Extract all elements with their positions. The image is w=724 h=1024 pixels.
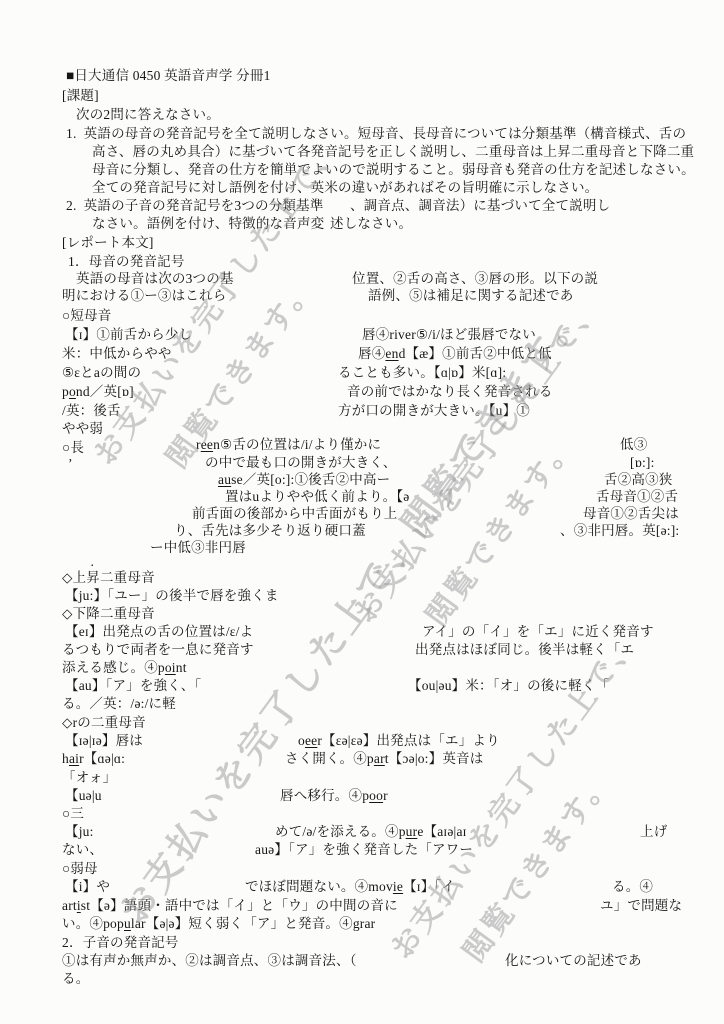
text: 【ɪ】「イ — [403, 879, 455, 894]
underlined-text: ie — [393, 879, 403, 894]
doc-line: ○短母音 — [62, 308, 111, 324]
doc-line: 唇④river⑤/i/ほど張唇でない — [362, 327, 536, 343]
doc-line: 次の2問に答えなさい。 — [76, 107, 220, 123]
doc-line: 「オォ」 — [62, 770, 116, 786]
text: h — [62, 751, 69, 766]
text: さく開く。④p — [285, 751, 374, 766]
text: nd／英[ɒ] — [76, 384, 134, 399]
text: r【ɛə|ɛə】出発点は「エ」より — [317, 733, 499, 748]
underlined-text: ee — [201, 437, 213, 452]
doc-line: 【ɪə|ɪə】唇は — [65, 733, 143, 749]
doc-line: [レポート本文] — [62, 235, 154, 251]
doc-line: り、舌先は多少そり返り硬口蓋 — [174, 523, 366, 539]
doc-line: 上げ — [640, 824, 667, 840]
doc-line: auə】「ア」を強く発音した「アワー — [255, 842, 473, 858]
doc-line: ○長 — [62, 440, 84, 456]
doc-line: 2. 英語の子音の発音記号を3つの分類基準 — [66, 198, 324, 214]
text: p — [62, 384, 69, 399]
doc-line: ’ — [68, 456, 73, 472]
doc-line: 舌②高③狭 — [604, 472, 673, 488]
doc-line: ユ」で問題な — [600, 898, 682, 914]
doc-line: hair【ɑə|ɑ: — [62, 751, 125, 767]
doc-line: ◇下降二重母音 — [62, 606, 155, 622]
doc-line: ause／英[o:]:①後舌②中高ー — [218, 472, 390, 488]
watermark-line1: お支払いを完了した上で、 — [385, 626, 644, 965]
doc-line: reen⑤舌の位置は/i/より僅かに — [196, 437, 381, 453]
text: o — [298, 733, 305, 748]
text: e【aɪə|aɪ — [417, 824, 466, 839]
doc-line: 前舌面の後部から中舌面がもり上 — [192, 506, 398, 522]
doc-line: 化についての記述であ — [505, 953, 642, 969]
doc-line: 出発点はほぼ同じ。後半は軽く「エ — [415, 642, 634, 658]
doc-line: [ɒ:]: — [630, 455, 655, 471]
doc-line: 【i】や — [65, 879, 110, 895]
underlined-text: ai — [69, 751, 79, 766]
doc-line: る。／英：/ə:/に軽 — [62, 696, 176, 712]
doc-line: アイ」の「イ」を「エ」に近く発音す — [422, 624, 654, 640]
underlined-text: u — [124, 916, 131, 931]
doc-line: 母音に分類し、発音の仕方を簡単でよいので説明すること。弱母音も発音の仕方を記述し… — [92, 162, 695, 178]
doc-line: 【ou|əu】米：「オ」の後に軽く「 — [408, 678, 609, 694]
doc-line: ない、 — [62, 842, 103, 858]
doc-line: 1．母音の発音記号 — [68, 254, 185, 270]
text: n⑤舌の位置は/i/より僅かに — [213, 437, 381, 452]
underlined-text: o — [69, 384, 76, 399]
doc-line: 唇④end【æ】①前舌②中低と低 — [358, 346, 552, 362]
text: r【ɑə|ɑ: — [79, 751, 125, 766]
doc-line: る。④ — [612, 879, 653, 895]
doc-line: 英語の母音は次の3つの基 — [76, 271, 234, 287]
doc-line: るつもりで両者を一息に発音す — [62, 642, 254, 658]
doc-line: 舌母音①②舌 — [596, 489, 678, 505]
text: い。④pop — [62, 916, 124, 931]
text: めて/ə/を添える。④p — [275, 824, 406, 839]
underlined-text: ur — [406, 824, 418, 839]
text: 添える感じ。④p — [62, 660, 165, 675]
text: se／英[o:]:①後舌②中高ー — [231, 472, 390, 487]
doc-line: い。④popular【ə|ə】短く弱く「ア」と発音。④grar — [62, 916, 375, 932]
doc-line: 明における①ー③はこれら — [62, 288, 226, 304]
doc-line: 1. 英語の母音の発音記号を全て説明しなさい。短母音、長母音については分類基準（… — [66, 126, 686, 142]
doc-line: 米：中低からやや — [62, 346, 172, 362]
doc-line: ○三 — [62, 806, 84, 822]
text: nt — [176, 660, 187, 675]
doc-line: oeer【ɛə|ɛə】出発点は「エ」より — [298, 733, 500, 749]
doc-line: 【eɪ】出発点の舌の位置は/ɛ/よ — [65, 624, 253, 640]
doc-line: 添える感じ。④point — [62, 660, 187, 676]
doc-line: 母音①②舌尖は — [583, 506, 679, 522]
doc-line: 全ての発音記号に対し語例を付け、英米の違いがあればその旨明確に示しなさい。 — [92, 180, 598, 196]
doc-line: めて/ə/を添える。④pure【aɪə|aɪ — [275, 824, 467, 840]
doc-line: る。 — [62, 971, 89, 987]
underlined-text: oi — [165, 660, 176, 675]
doc-line: artist【ə】語頭・語中では「イ」と「ウ」の中間の音に — [62, 898, 398, 914]
doc-line: 唇へ移行。④poor — [280, 788, 388, 804]
text: でほぼ問題ない。④mov — [245, 879, 393, 894]
doc-line: さく開く。④part【ɔə|o:】英音は — [285, 751, 483, 767]
doc-line: 位置、②舌の高さ、③唇の形。以下の説 — [352, 271, 598, 287]
doc-line: 音の前ではかなり長く発音される — [347, 384, 553, 400]
doc-line: ◇rの二重母音 — [62, 715, 146, 731]
underlined-text: au — [218, 472, 231, 487]
doc-line: ることも多い。【ɑ|ɒ】米[ɑ]: — [338, 365, 506, 381]
doc-line: 方が口の開きが大きい。【u】① — [338, 403, 530, 419]
doc-line: 【ɪ】①前舌から少し — [65, 327, 192, 343]
doc-line: 、③非円唇。英[ə:]: — [560, 523, 679, 539]
document-page: ■日大通信 0450 英語音声学 分冊1[課題]次の2問に答えなさい。1. 英語… — [0, 0, 724, 1024]
doc-line: やや弱 — [62, 421, 103, 437]
doc-line: 低③ — [620, 437, 647, 453]
doc-line: 【ju:】「ユー」の後半で唇を強くま — [65, 588, 279, 604]
text: 唇④ — [358, 346, 385, 361]
doc-line: /英：後舌 — [62, 403, 121, 419]
doc-line: なさい。語例を付け、特徴的な音声変 — [92, 216, 324, 232]
underlined-text: ee — [305, 733, 317, 748]
text: d【æ】①前舌②中低と低 — [399, 346, 552, 361]
doc-line: ○弱母 — [62, 861, 98, 877]
doc-line: 2．子音の発音記号 — [62, 935, 179, 951]
doc-line: の中で最も口の開きが大きく、 — [205, 455, 397, 471]
doc-line: 、調音点、調音法）に基づいて全て説明し — [350, 198, 610, 214]
doc-line: 述しなさい。 — [330, 216, 412, 232]
doc-line: ①は有声か無声か、②は調音点、③は調音法、（ — [62, 953, 357, 969]
doc-line: ■日大通信 0450 英語音声学 分冊1 — [66, 68, 271, 84]
text: art — [62, 898, 77, 913]
doc-line: ◇上昇二重母音 — [62, 570, 155, 586]
doc-line: でほぼ問題ない。④movie【ɪ】「イ — [245, 879, 455, 895]
text: lar【ə|ə】短く弱く「ア」と発音。④grar — [131, 916, 375, 931]
text: t【ɔə|o:】英音は — [385, 751, 484, 766]
doc-line: 語例、⑤は補足に関する記述であ — [368, 288, 574, 304]
text: r — [383, 788, 388, 803]
doc-line: 【uə|u — [65, 788, 102, 804]
doc-line: 【ju: — [65, 824, 94, 840]
underlined-text: ar — [374, 751, 385, 766]
doc-line: ⑤ɛとaの間の — [62, 365, 141, 381]
doc-line: ー中低③非円唇 — [150, 540, 246, 556]
text: st【ə】語頭・語中では「イ」と「ウ」の中間の音に — [81, 898, 398, 913]
doc-line: pond／英[ɒ] — [62, 384, 134, 400]
doc-line: [課題] — [62, 88, 99, 104]
doc-line: 置はuよりやや低く前より。【ə — [225, 489, 410, 505]
underlined-text: oo — [369, 788, 383, 803]
text: 唇へ移行。④p — [280, 788, 369, 803]
doc-line: 【au】「ア」を強く、「 — [65, 678, 201, 694]
underlined-text: en — [385, 346, 398, 361]
doc-line: 高さ、唇の丸め具合）に基づいて各発音記号を正しく説明し、二重母音は上昇二重母音と… — [92, 144, 694, 160]
